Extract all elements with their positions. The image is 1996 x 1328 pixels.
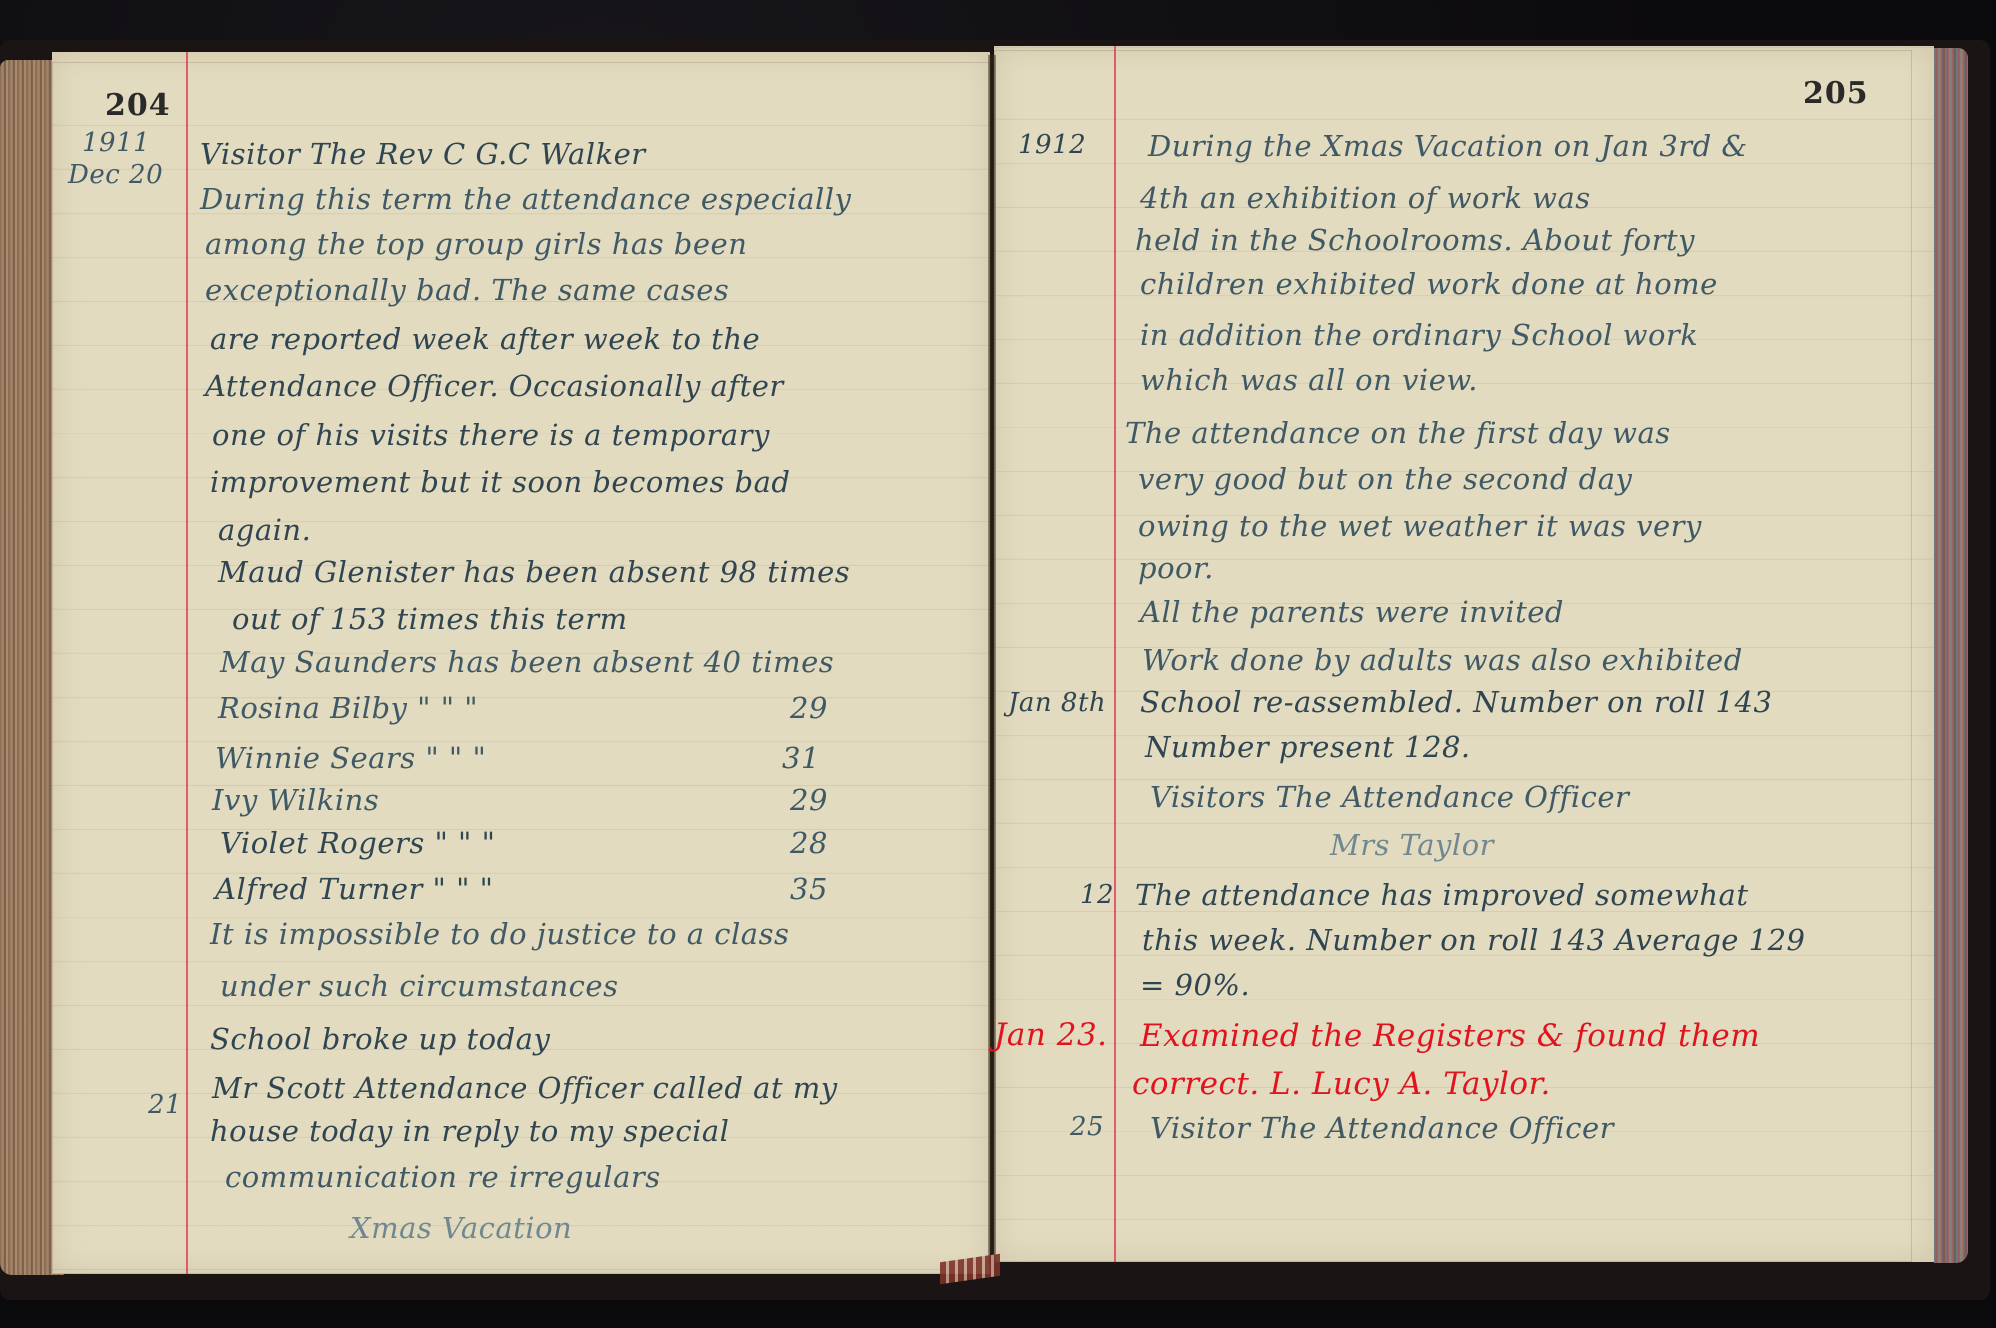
handwritten-line: 4th an exhibition of work was — [1140, 184, 1591, 213]
handwritten-line: Mrs Taylor — [1330, 831, 1494, 860]
page-number-right: 205 — [1803, 76, 1869, 111]
handwritten-line: children exhibited work done at home — [1140, 270, 1718, 299]
handwritten-line: are reported week after week to the — [210, 325, 760, 354]
handwritten-line: Attendance Officer. Occasionally after — [205, 372, 784, 401]
handwritten-line: May Saunders has been absent 40 times — [220, 648, 834, 677]
handwritten-line: All the parents were invited — [1140, 598, 1564, 627]
handwritten-line: in addition the ordinary School work — [1140, 321, 1698, 350]
page-edges-right-marbled — [1934, 48, 1968, 1263]
handwritten-line: out of 153 times this term — [232, 605, 628, 634]
handwritten-line: Work done by adults was also exhibited — [1142, 646, 1743, 675]
handwritten-line: During the Xmas Vacation on Jan 3rd & — [1148, 132, 1748, 161]
handwritten-line: under such circumstances — [220, 972, 618, 1001]
handwritten-line: among the top group girls has been — [205, 230, 747, 259]
book-gutter — [988, 55, 996, 1265]
handwritten-line: communication re irregulars — [225, 1163, 661, 1192]
date-entry: 1911 — [82, 130, 150, 156]
left-margin-rule — [186, 52, 188, 1274]
right-margin-rule — [1114, 46, 1116, 1262]
absence-count: 35 — [790, 875, 828, 904]
handwritten-line: It is impossible to do justice to a clas… — [210, 920, 789, 949]
handwritten-line: Xmas Vacation — [350, 1214, 572, 1243]
absence-count: 29 — [790, 694, 828, 723]
handwritten-line: The attendance has improved somewhat — [1135, 881, 1749, 910]
handwritten-line: again. — [218, 516, 311, 545]
date-entry: 25 — [1070, 1114, 1104, 1140]
handwritten-line: Ivy Wilkins — [212, 786, 379, 815]
date-entry: 21 — [148, 1092, 182, 1118]
absence-count: 29 — [790, 786, 828, 815]
handwritten-line: Violet Rogers " " " — [220, 829, 495, 858]
handwritten-line: Rosina Bilby " " " — [218, 694, 478, 723]
handwritten-line: Visitor The Rev C G.C Walker — [200, 140, 646, 169]
date-entry: 1912 — [1018, 132, 1086, 158]
handwritten-line: poor. — [1138, 554, 1214, 583]
handwritten-line: this week. Number on roll 143 Average 12… — [1142, 926, 1806, 955]
handwritten-line: which was all on view. — [1140, 366, 1478, 395]
handwritten-line: During this term the attendance especial… — [200, 185, 851, 214]
handwritten-line: owing to the wet weather it was very — [1138, 512, 1702, 541]
date-entry: Dec 20 — [68, 162, 163, 188]
handwritten-line: The attendance on the first day was — [1125, 419, 1671, 448]
absence-count: 31 — [782, 744, 820, 773]
date-entry: Jan 8th — [1008, 690, 1106, 716]
handwritten-line: exceptionally bad. The same cases — [205, 276, 729, 305]
handwritten-line: held in the Schoolrooms. About forty — [1135, 226, 1695, 255]
date-entry: 12 — [1080, 882, 1114, 908]
page-number-left: 204 — [105, 88, 171, 123]
handwritten-line: Number present 128. — [1145, 733, 1471, 762]
handwritten-line: very good but on the second day — [1138, 465, 1632, 494]
handwritten-line: Maud Glenister has been absent 98 times — [218, 558, 850, 587]
handwritten-line: Examined the Registers & found them — [1140, 1021, 1760, 1052]
handwritten-line: Winnie Sears " " " — [215, 744, 486, 773]
handwritten-line: School broke up today — [210, 1025, 550, 1054]
handwritten-line: improvement but it soon becomes bad — [210, 468, 790, 497]
absence-count: 28 — [790, 829, 828, 858]
handwritten-line: Alfred Turner " " " — [215, 875, 494, 904]
date-entry: Jan 23. — [994, 1020, 1108, 1051]
handwritten-line: Mr Scott Attendance Officer called at my — [212, 1074, 838, 1103]
handwritten-line: = 90%. — [1140, 971, 1250, 1000]
handwritten-line: Visitors The Attendance Officer — [1150, 783, 1629, 812]
handwritten-line: School re-assembled. Number on roll 143 — [1140, 688, 1772, 717]
handwritten-line: correct. L. Lucy A. Taylor. — [1132, 1069, 1551, 1100]
handwritten-line: Visitor The Attendance Officer — [1150, 1114, 1614, 1143]
handwritten-line: house today in reply to my special — [210, 1117, 729, 1146]
handwritten-line: one of his visits there is a temporary — [212, 421, 770, 450]
